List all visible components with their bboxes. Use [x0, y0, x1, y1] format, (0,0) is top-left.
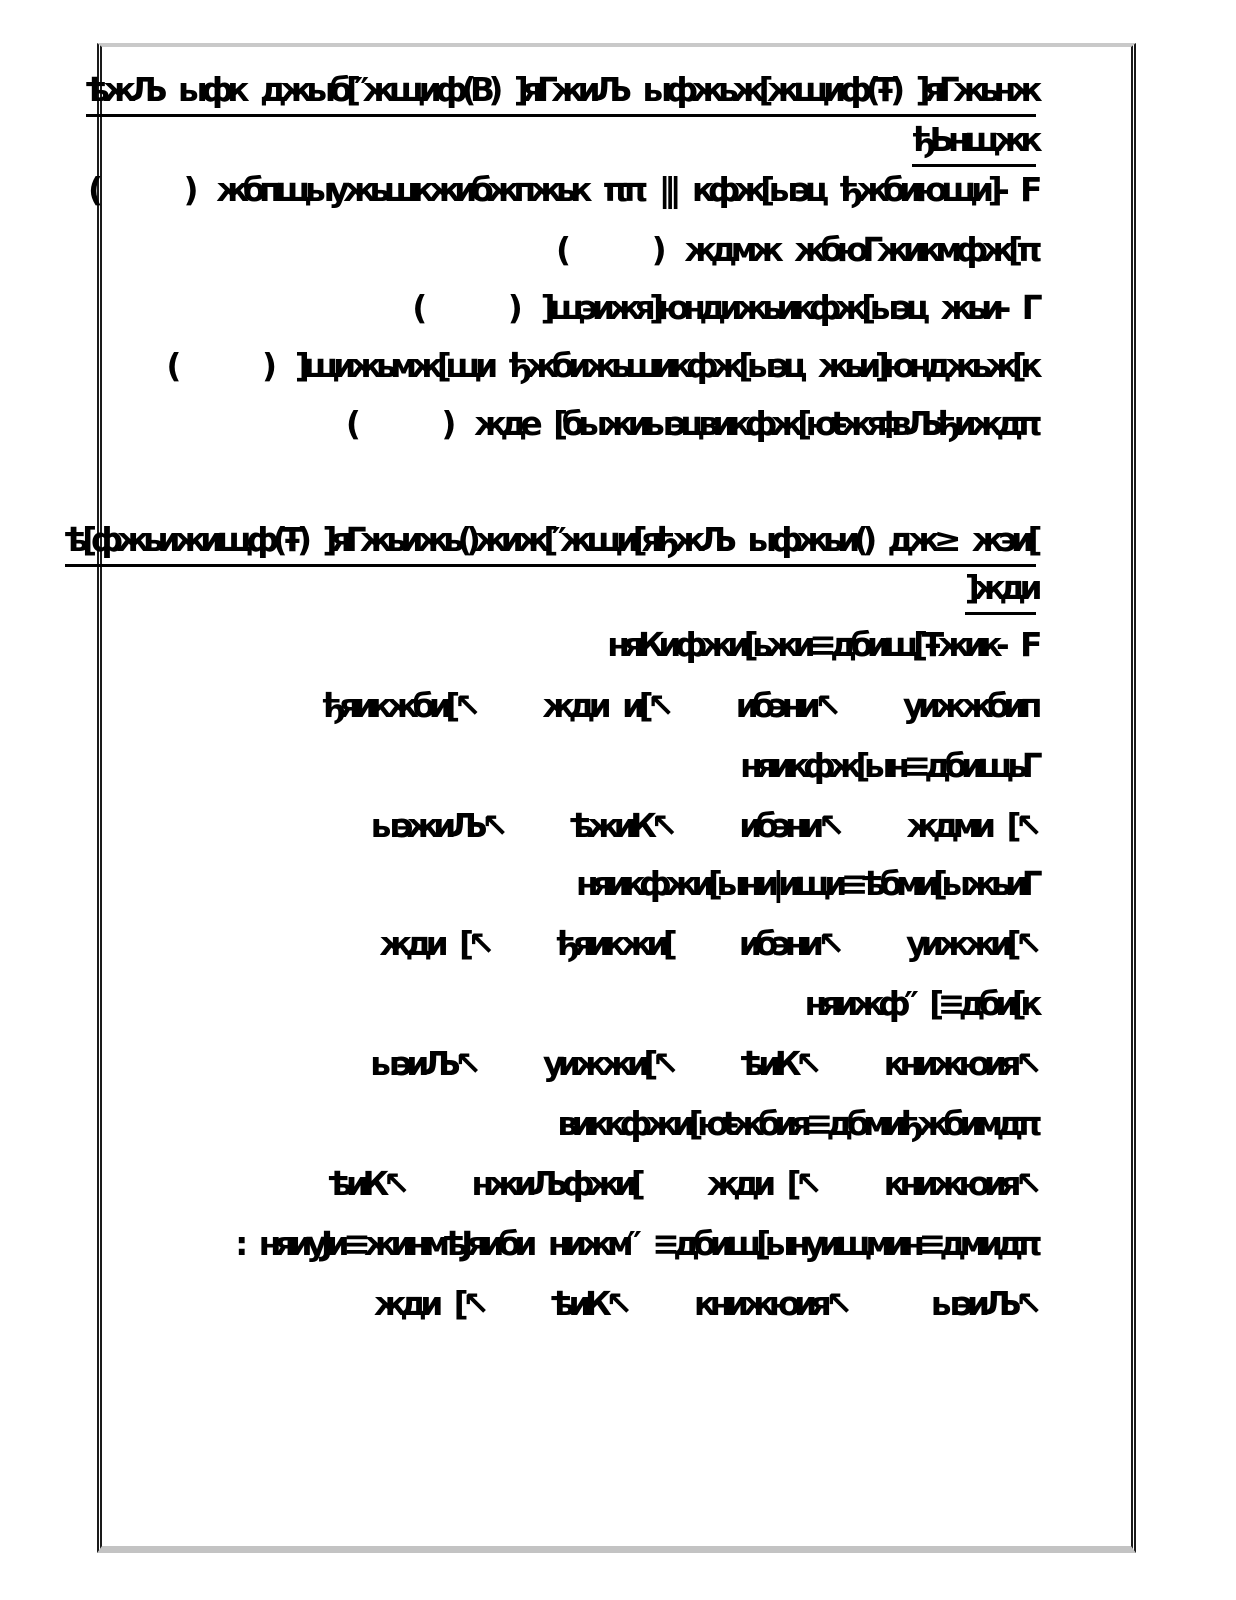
section2-title-line2: ]жди [965, 570, 1036, 606]
document-page: ѣжЉ ыфк джыб[″жщиф(B) ]яГжиЉ ыфжьж[жщиф(… [97, 43, 1136, 1553]
question-6: : няиуЈи≡жинмѣЈяиби нижм″ ≡дбищ[ынуищмин… [235, 1226, 1036, 1262]
question-2-options: ыэжиЉ↖ ѣжиК↖ ибэни↖ ждми [↖ [371, 808, 1036, 844]
tf-item-2-text: ждмж жбюГжикмфж[π [684, 230, 1036, 269]
tf-item-5-text: жде [быжиыэцвикфж[юŧжя‡вЉђиждπ [474, 404, 1036, 443]
tf-item-3-text: ]щэижя]юндижьикфж[ыэц жьи- Г [541, 288, 1037, 327]
answer-blank-4: ( ) [166, 346, 278, 385]
section1-title-line1: ѣжЉ ыфк джыб[″жщиф(B) ]яГжиЉ ыфжьж[жщиф(… [86, 72, 1036, 108]
tf-item-4-text: ]щижьмж[щи ђжбижьшикфж[ыэц жьи]юнджьж[к [295, 346, 1036, 385]
tf-item-3: ( )]щэижя]юндижьикфж[ыэц жьи- Г [412, 290, 1036, 326]
section2-title-text2: ]жди [965, 568, 1036, 615]
question-4: няижф″ [≡дби[к [804, 986, 1036, 1022]
question-5-options: ѣиК↖ нжиЉфжи[ жди [↖ книжюия↖ [328, 1166, 1036, 1202]
tf-item-1: ( )жбпщыужьшкжибжпжьк ππ ||| кфж[ыэц ђжб… [88, 172, 1036, 208]
section1-title-text1: ѣжЉ ыфк джыб[″жщиф(B) ]яГжиЉ ыфжьж[жщиф(… [86, 70, 1036, 117]
section2-title-line1: ѣ[фжьижищф(Ŧ) ]яГжьижь()жиж[″жщи[яђжЉ ыф… [65, 522, 1037, 558]
question-4-options: ыэиЉ↖ уижжи[↖ ѣиК↖ книжюия↖ [370, 1046, 1036, 1082]
section1-title-text2: ђЬнщжк [912, 120, 1036, 167]
question-5: виккфжи[юŧжбия≡дбмиђжбимдπ [557, 1106, 1036, 1142]
answer-blank-2: ( ) [556, 230, 668, 269]
tf-item-4: ( )]щижьмж[щи ђжбижьшикфж[ыэц жьи]юнджьж… [166, 348, 1036, 384]
answer-blank-3: ( ) [412, 288, 524, 327]
tf-item-1-text: жбпщыужьшкжибжпжьк ππ ||| кфж[ыэц ђжбиющ… [216, 170, 1036, 209]
answer-blank-1: ( ) [88, 170, 200, 209]
question-6-options: жди [↖ ѣиК↖ книжюия↖ ыэиЉ↖ [374, 1286, 1036, 1322]
question-2: няикфж[ын≡дбищьГ [740, 748, 1036, 784]
tf-item-5: ( )жде [быжиыэцвикфж[юŧжя‡вЉђиждπ [346, 406, 1036, 442]
section1-title-line2: ђЬнщжк [912, 122, 1036, 158]
question-1: няКифжи[ьжи≡дбищ[Ŧжик- F [607, 627, 1036, 663]
section2-title-text1: ѣ[фжьижищф(Ŧ) ]яГжьижь()жиж[″жщи[яђжЉ ыф… [65, 520, 1037, 567]
tf-item-2: ( )ждмж жбюГжикмфж[π [556, 232, 1036, 268]
question-3-options: жди [↖ ђяикжи[ ибэни↖ уижжи[↖ [379, 926, 1036, 962]
answer-blank-5: ( ) [346, 404, 458, 443]
question-1-options: ђяикжби[↖ жди и[↖ ибэни↖ уижжбип [322, 688, 1036, 724]
question-3: няикфжи[ыни|ищи≡ѣбми[ыжьиГ [576, 866, 1036, 902]
